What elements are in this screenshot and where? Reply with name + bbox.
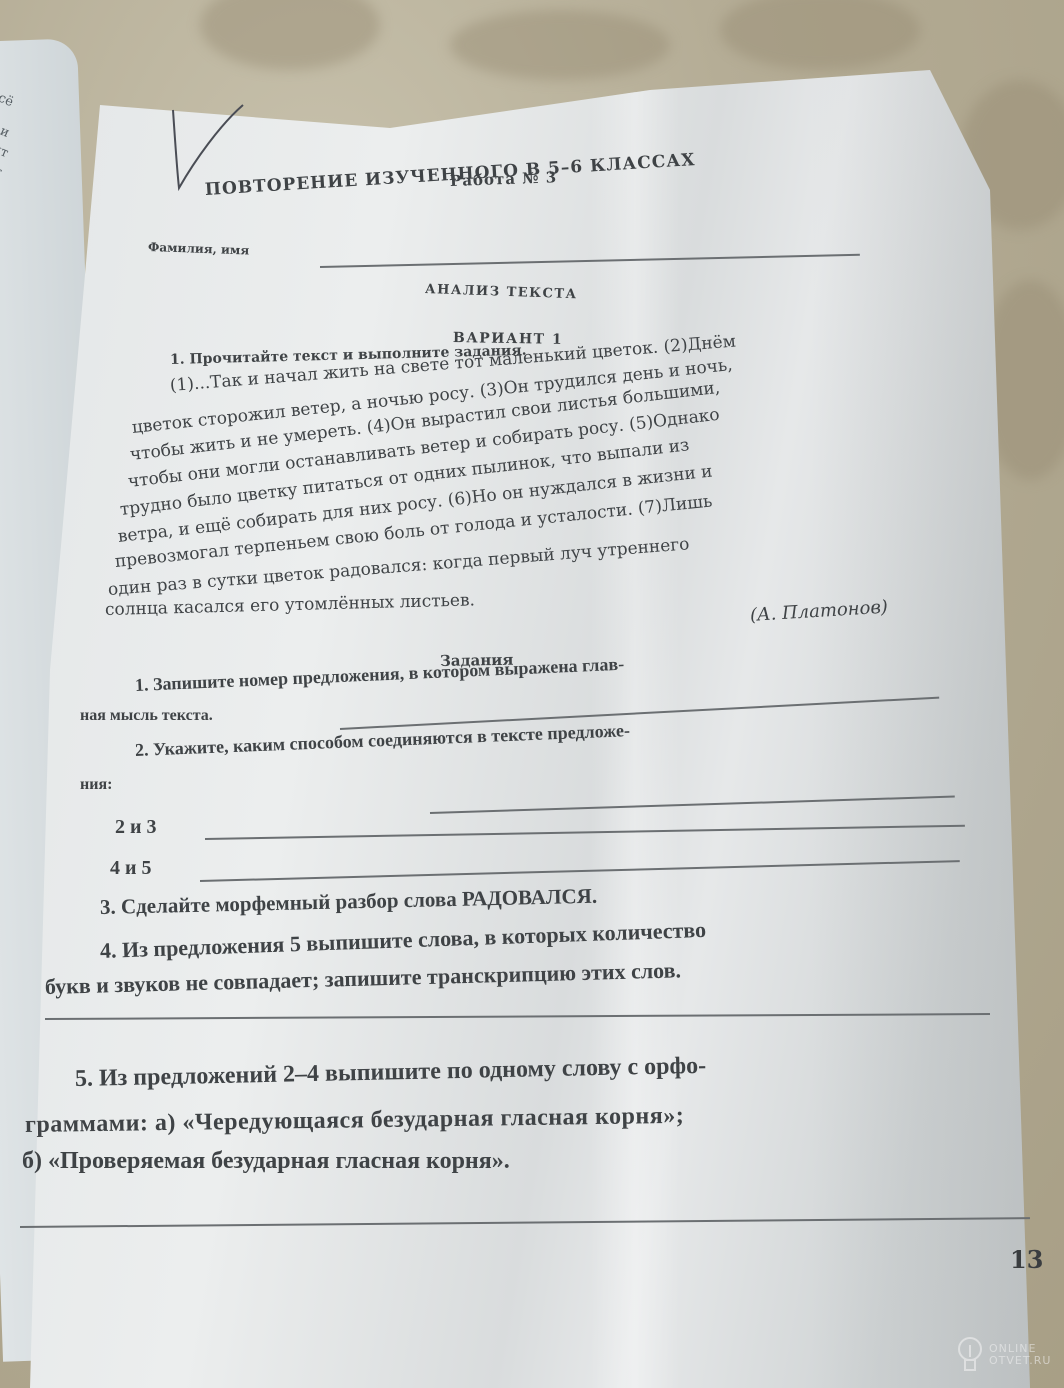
sub-item-answer-line[interactable] [200,860,960,882]
section-title: АНАЛИЗ ТЕКСТА [425,282,578,302]
task-5-answer-line[interactable] [20,1217,1030,1228]
task-1-answer-line[interactable] [340,697,939,730]
name-field-label: Фамилия, имя [148,240,250,258]
sub-item-label: 2 и 3 [115,816,157,839]
task-text: ная мысль текста. [80,707,213,725]
name-field[interactable] [320,254,860,268]
worksheet-title: ПОВТОРЕНИЕ ИЗУЧЕННОГО В 5–6 КЛАССАХ [204,150,696,200]
task-text: 5. Из предложений 2–4 выпишите по одному… [75,1053,707,1093]
passage-author: (А. Платонов) [749,597,888,626]
task-text: ния: [80,776,112,794]
sub-item-answer-line[interactable] [205,825,965,840]
sub-item-label: 4 и 5 [110,857,152,880]
task-4-answer-line[interactable] [45,1013,990,1020]
task-text: букв и звуков не совпадает; запишите тра… [45,957,682,1000]
page-number: 13 [1010,1245,1043,1274]
watermark-line-2: OTVET.RU [989,1355,1051,1367]
lightbulb-icon [955,1335,985,1375]
task-text: б) «Проверяемая безударная гласная корня… [22,1148,510,1175]
task-text: 1. Запишите номер предложения, в котором… [135,654,625,696]
task-2-answer-line[interactable] [430,796,955,814]
worksheet-content: Работа № 3 ПОВТОРЕНИЕ ИЗУЧЕННОГО В 5–6 К… [0,0,1064,1388]
task-text: граммами: а) «Чередующаяся безударная гл… [25,1103,685,1139]
task-text: 4. Из предложения 5 выпишите слова, в ко… [100,917,707,964]
watermark: ONLINE OTVET.RU [955,1335,1051,1375]
task-3-text: 3. Сделайте морфемный разбор слова РАДОВ… [100,884,598,920]
